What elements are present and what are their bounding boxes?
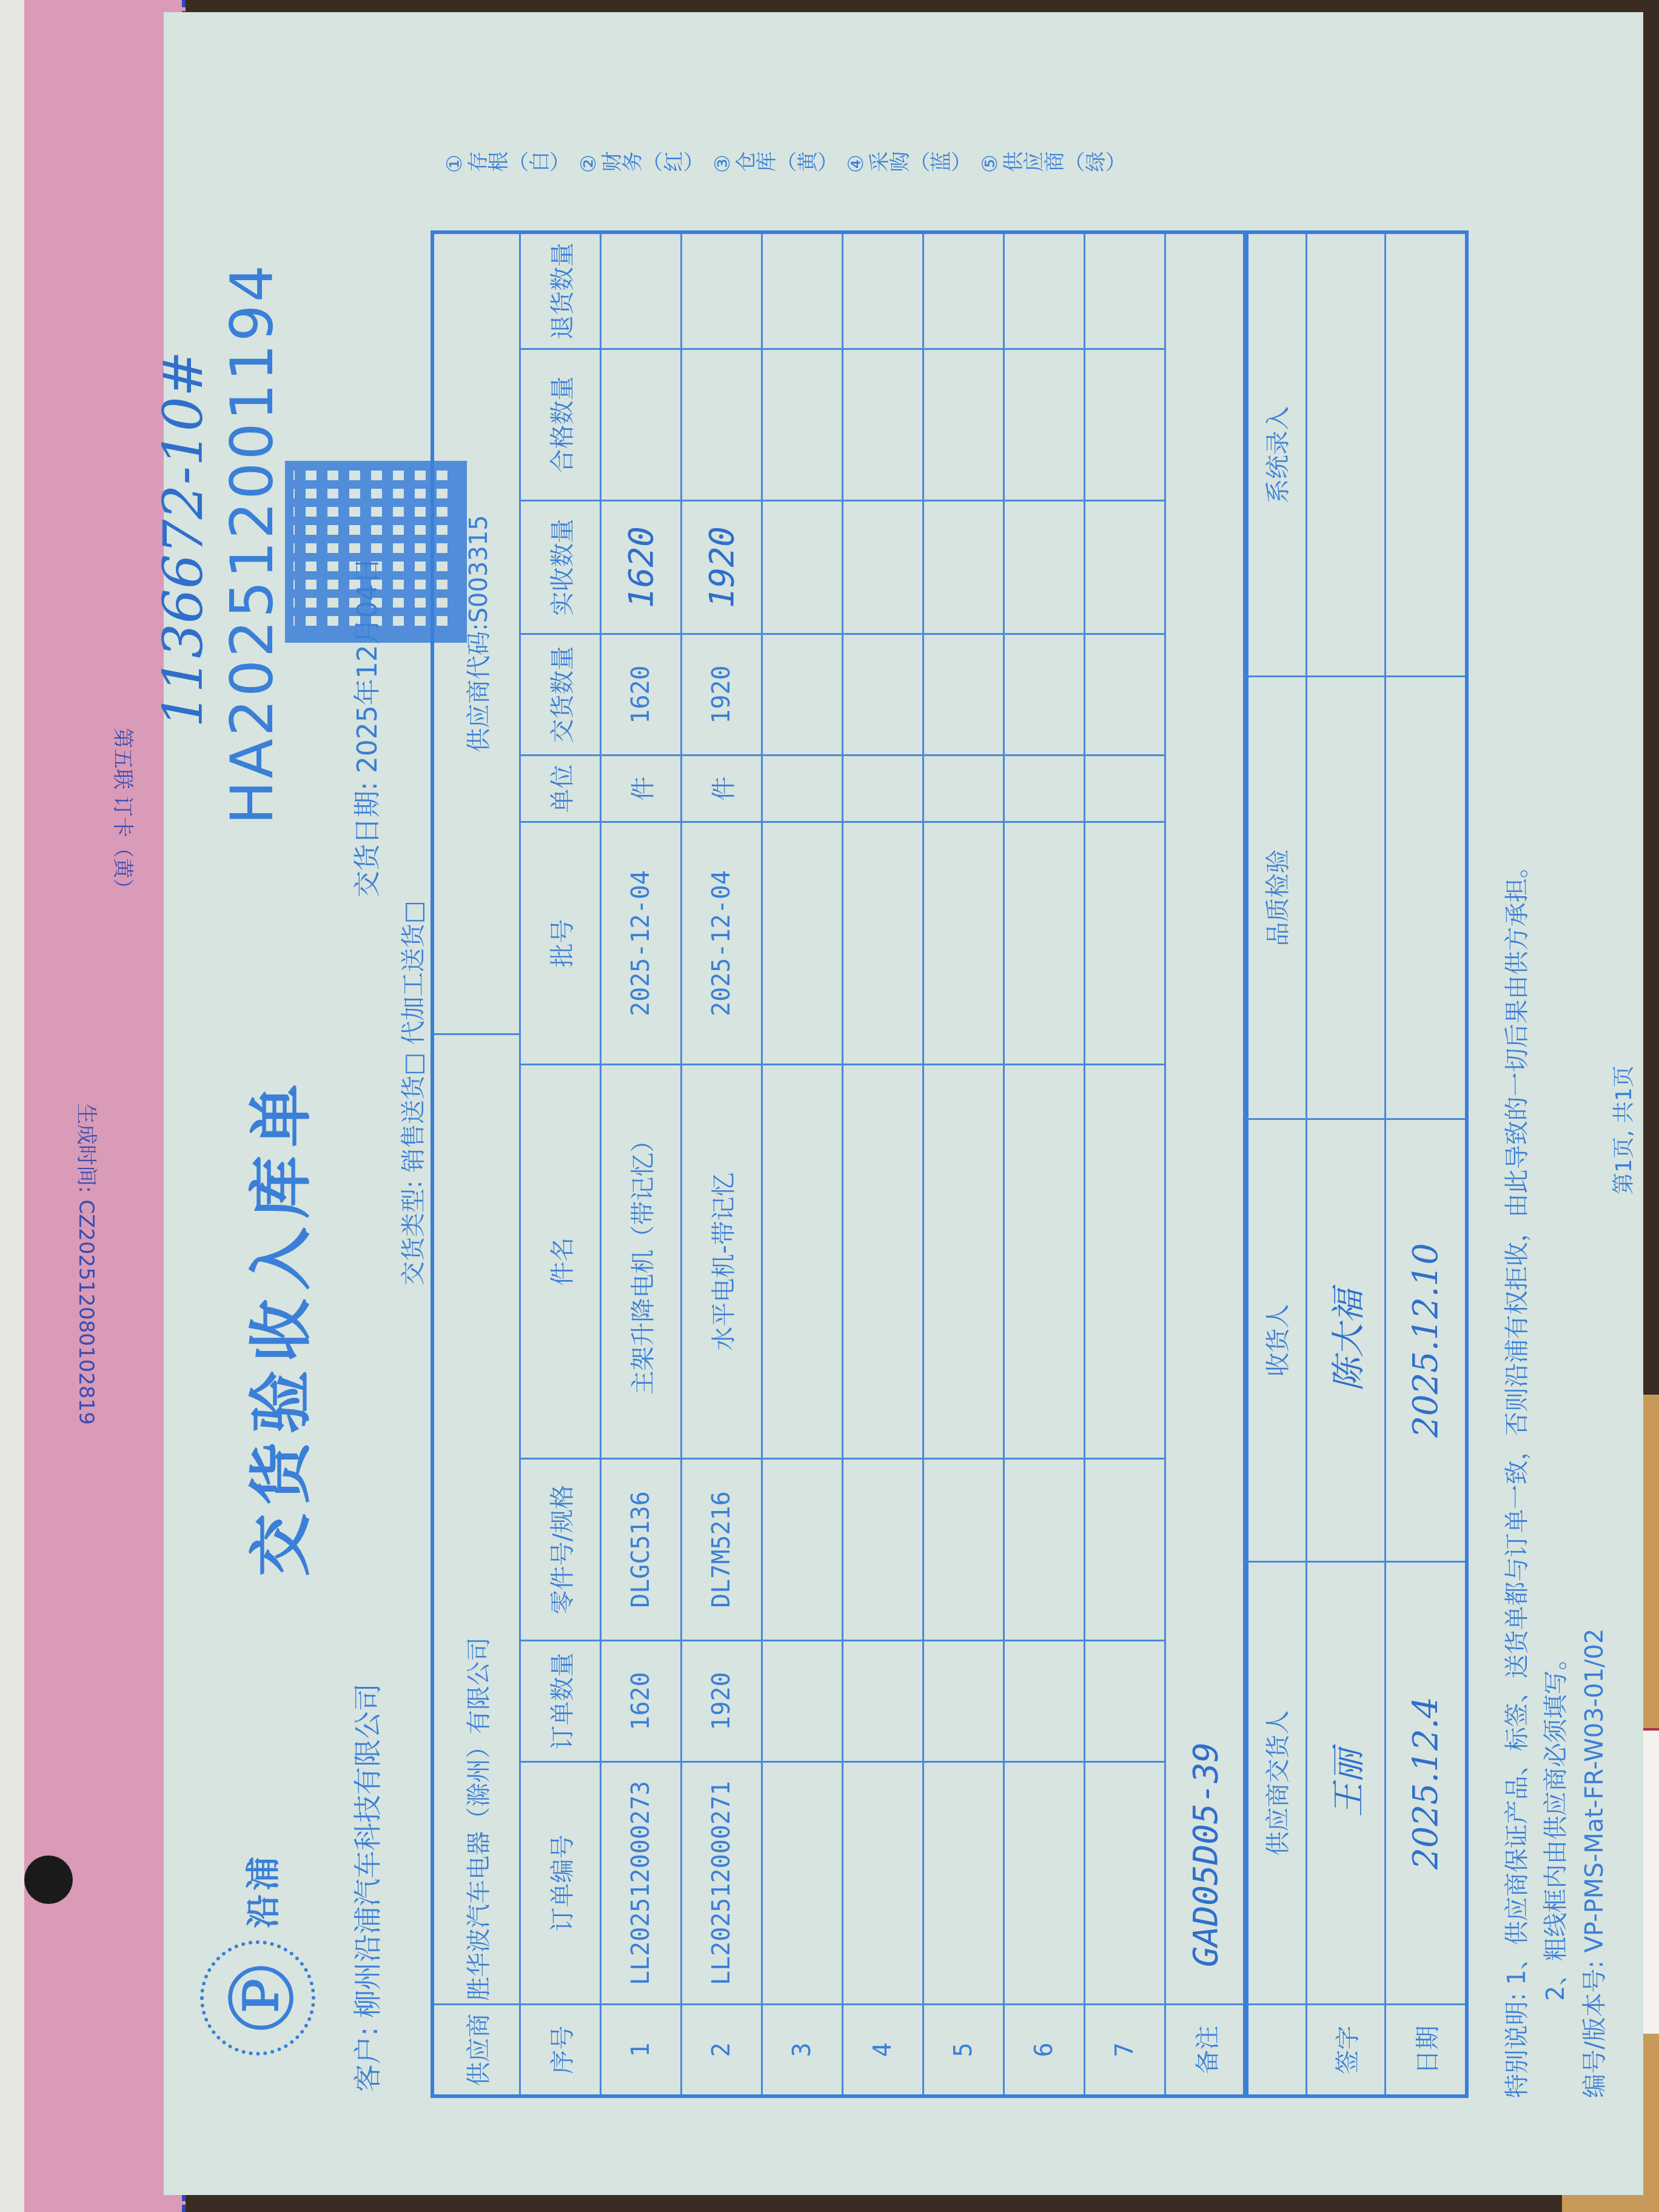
row-number: 3 (763, 2003, 842, 2094)
batch-number: 2025-12-04 (682, 821, 761, 1064)
part-number: DLGC5136 (602, 1458, 680, 1640)
sig-col: 供应商交货人 (1247, 1561, 1305, 2003)
table-row: 6 (1005, 234, 1085, 2094)
delivered-qty: 1620 (602, 633, 680, 754)
delivery-type-label: 交货类型: (400, 1181, 427, 1285)
sign-label: 签字 (1307, 2003, 1384, 2094)
table-header: 序号 订单编号 订单数量 零件号/规格 件名 批号 单位 交货数量 实收数量 合… (521, 234, 602, 2094)
logo-text: 沿浦 (236, 1853, 285, 1928)
delivered-qty: 1920 (682, 633, 761, 754)
col-header: 件名 (521, 1064, 600, 1458)
row-number: 2 (682, 2003, 761, 2094)
remark-label: 备注 (1166, 2003, 1245, 2094)
delivery-receipt-form: Ⓟ 沿浦 交货验收入库单 HA202512001194 1136672-10# … (164, 12, 1643, 2195)
supplier-row: 供应商 胜华波汽车电器（滁州）有限公司 供应商代码:S003315 (434, 234, 521, 2094)
delivery-type-options: 销售送货□ 代加工送货□ (400, 900, 427, 1172)
delivery-date-value: 2025年12月04日 (352, 557, 383, 773)
order-qty: 1920 (682, 1640, 761, 1761)
received-qty: 1920 (682, 500, 761, 633)
remark-row: 备注 GAD05D05-39 (1166, 234, 1245, 2094)
row-number: 5 (924, 2003, 1003, 2094)
remark-value: GAD05D05-39 (1166, 234, 1245, 2003)
delivery-date-label: 交货日期: (352, 782, 383, 897)
unit: 件 (602, 754, 680, 821)
col-header: 订单编号 (521, 1761, 600, 2003)
pink-generated-time: 生成时间: CZ202512080102819 (73, 1104, 103, 1425)
order-qty: 1620 (602, 1640, 680, 1761)
part-number: DL7M5216 (682, 1458, 761, 1640)
table-row: 5 (924, 234, 1005, 2094)
row-number: 1 (602, 2003, 680, 2094)
document-number: HA202512001194 (218, 263, 286, 825)
supplier-name: 胜华波汽车电器（滁州）有限公司 (434, 1033, 519, 2003)
col-header: 退货数量 (521, 234, 600, 348)
received-qty: 1620 (602, 500, 680, 633)
order-number: LL202512000271 (682, 1761, 761, 2003)
copy-distribution: ①存根（白） ②财务（红） ③仓库（黄） ④采购（蓝） ⑤供应商（绿） (443, 146, 1126, 218)
col-header: 订单数量 (521, 1640, 600, 1761)
row-number: 4 (843, 2003, 922, 2094)
table-row: 2 LL202512000271 1920 DL7M5216 水平电机-带记忆 … (682, 234, 763, 2094)
table-row: 4 (843, 234, 924, 2094)
qualified-qty (682, 348, 761, 500)
col-header: 合格数量 (521, 348, 600, 500)
row-number: 7 (1085, 2003, 1164, 2094)
returned-qty (602, 234, 680, 348)
part-name: 主架升降电机（带记忆） (602, 1064, 680, 1458)
batch-number: 2025-12-04 (602, 821, 680, 1064)
order-number: LL202512000273 (602, 1761, 680, 2003)
col-header: 实收数量 (521, 500, 600, 633)
supplier-date: 2025.12.4 (1386, 1561, 1465, 2003)
date-label: 日期 (1386, 2003, 1465, 2094)
supplier-code: 供应商代码:S003315 (434, 234, 519, 1033)
punch-hole (24, 1855, 73, 1904)
supplier-label: 供应商 (434, 2003, 519, 2094)
col-header: 零件号/规格 (521, 1458, 600, 1640)
supplier-signature: 王丽 (1307, 1561, 1384, 2003)
sig-col: 系统录入 (1247, 234, 1305, 675)
table-row: 3 (763, 234, 843, 2094)
unit: 件 (682, 754, 761, 821)
sig-col: 品质检验 (1247, 675, 1305, 1118)
qualified-qty (602, 348, 680, 500)
date-row: 日期 2025.12.4 2025.12.10 (1386, 234, 1465, 2094)
note-line-1: 特别说明: 1、供应商保证产品、标签、送货单都与订单一致，否则沿浦有权拒收，由此… (1498, 854, 1537, 2098)
col-header: 批号 (521, 821, 600, 1064)
signature-table: 供应商交货人 收货人 品质检验 系统录入 签字 王丽 陈大福 日期 2025.1… (1243, 230, 1469, 2098)
delivery-date-line: 交货日期: 2025年12月04日 (346, 557, 384, 897)
receiver-signature: 陈大福 (1307, 1118, 1384, 1561)
sig-col: 收货人 (1247, 1118, 1305, 1561)
customer-name: 柳州沿浦汽车科技有限公司 (351, 1683, 384, 2018)
special-notes: 特别说明: 1、供应商保证产品、标签、送货单都与订单一致，否则沿浦有权拒收，由此… (1498, 854, 1614, 2098)
yanpu-logo-icon: Ⓟ (200, 1940, 315, 2056)
page-info: 第1页, 共1页 (1607, 1065, 1638, 1195)
part-name: 水平电机-带记忆 (682, 1064, 761, 1458)
customer-line: 客户: 柳州沿浦汽车科技有限公司 (346, 1683, 386, 2092)
items-table: 供应商 胜华波汽车电器（滁州）有限公司 供应商代码:S003315 序号 订单编… (431, 230, 1248, 2098)
returned-qty (682, 234, 761, 348)
table-row: 1 LL202512000273 1620 DLGC5136 主架升降电机（带记… (602, 234, 682, 2094)
customer-label: 客户: (351, 2027, 384, 2093)
signature-row: 签字 王丽 陈大福 (1307, 234, 1386, 2094)
delivery-type-line: 交货类型: 销售送货□ 代加工送货□ (394, 900, 429, 1285)
col-header: 单位 (521, 754, 600, 821)
table-row: 7 (1085, 234, 1166, 2094)
handwritten-note: 1136672-10# (152, 351, 215, 728)
col-header: 序号 (521, 2003, 600, 2094)
receiver-date: 2025.12.10 (1386, 1118, 1465, 1561)
pink-copy-label: 第五联 订卡（黄） (110, 728, 139, 899)
form-title: 交货验收入库单 (230, 1076, 321, 1577)
row-number: 6 (1005, 2003, 1084, 2094)
col-header: 交货数量 (521, 633, 600, 754)
note-line-2: 2、粗线框内由供应商必须填写。 (1537, 854, 1575, 2098)
form-version: 编号/版本号: VP-PMS-Mat-FR-W03-01/02 (1575, 854, 1614, 2098)
signature-header: 供应商交货人 收货人 品质检验 系统录入 (1247, 234, 1307, 2094)
